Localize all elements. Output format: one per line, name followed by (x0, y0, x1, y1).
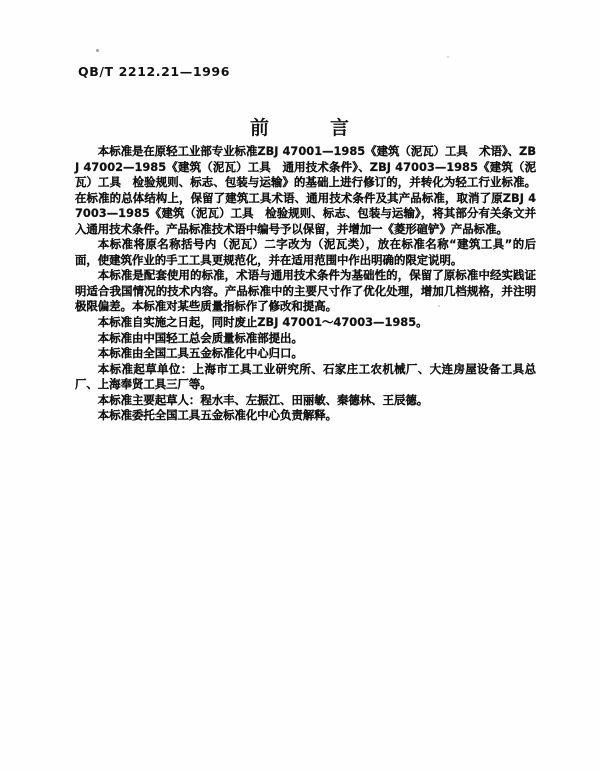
paragraph: 本标准自实施之日起，同时废止ZBJ 47001～47003—1985。 (75, 315, 536, 331)
foreword-title: 前 言 (0, 113, 600, 140)
foreword-body: 本标准是在原轻工业部专业标准ZBJ 47001—1985《建筑（泥瓦）工具 术语… (75, 144, 536, 424)
paragraph: 本标准起草单位：上海市工具工业研究所、石家庄工农机械厂、大连房屋设备工具总厂、上… (75, 362, 536, 393)
paragraph: 本标准将原名称括号内（泥瓦）二字改为（泥瓦类），放在标准名称“建筑工具”的后面，… (75, 237, 536, 268)
paragraph: 本标准由全国工具五金标准化中心归口。 (75, 346, 536, 362)
paragraph: 本标准是在原轻工业部专业标准ZBJ 47001—1985《建筑（泥瓦）工具 术语… (75, 144, 536, 237)
paragraph: 本标准委托全国工具五金标准化中心负责解释。 (75, 408, 536, 424)
paragraph: 本标准主要起草人：程水丰、左振江、田丽敏、秦德林、王辰德。 (75, 393, 536, 409)
scan-speck (96, 49, 99, 52)
document-page: QB/T 2212.21—1996 前 言 本标准是在原轻工业部专业标准ZBJ … (0, 0, 600, 771)
scan-speck (447, 56, 449, 58)
paragraph: 本标准由中国轻工总会质量标准部提出。 (75, 331, 536, 347)
paragraph: 本标准是配套使用的标准，术语与通用技术条件为基础性的，保留了原标准中经实践证明适… (75, 268, 536, 315)
standard-number: QB/T 2212.21—1996 (78, 64, 230, 79)
